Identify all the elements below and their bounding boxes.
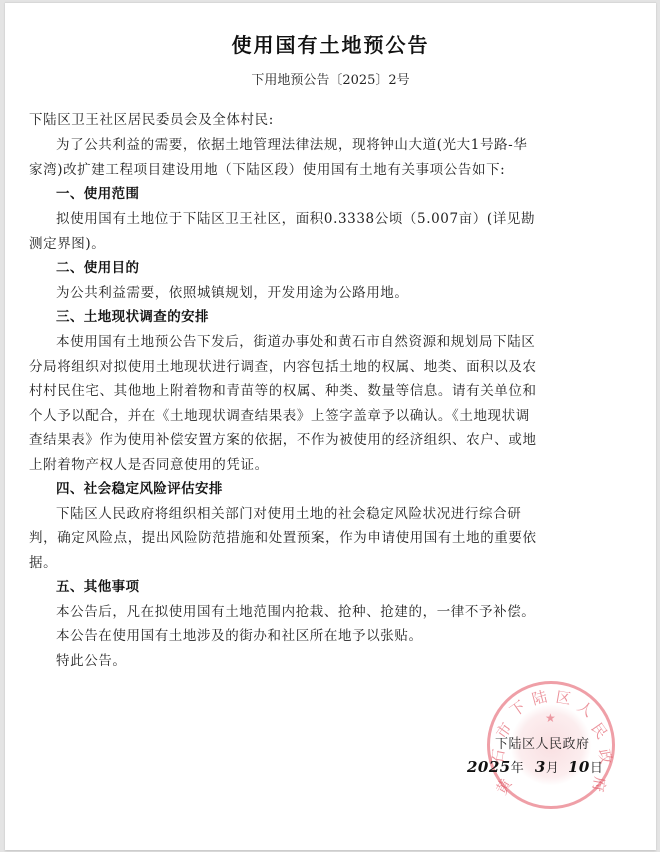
section-heading-other: 五、其他事项 <box>56 578 139 596</box>
body-line: 本使用国有土地预公告下发后，街道办事处和黄石市自然资源和规划局下陆区 <box>56 333 535 351</box>
body-line: 据。 <box>29 554 57 572</box>
body-line: 测定界图)。 <box>29 235 105 253</box>
date-year: 2025 <box>467 758 511 776</box>
signing-organization: 下陆区人民政府 <box>495 733 590 752</box>
date-month-suffix: 月 <box>546 761 560 776</box>
document-page: 使用国有土地预公告 下用地预公告〔2025〕2号 下陆区卫王社区居民委员会及全体… <box>5 2 656 850</box>
signing-date: 2025年 3月 10日 <box>467 757 603 776</box>
document-number: 下用地预公告〔2025〕2号 <box>5 69 656 88</box>
body-line: 村村民住宅、其他地上附着物和青苗等的权属、种类、数量等信息。请有关单位和 <box>29 382 537 400</box>
body-line: 为了公共利益的需要，依据土地管理法律法规，现将钟山大道(光大1号路-华 <box>56 136 527 154</box>
body-line: 个人予以配合，并在《土地现状调查结果表》上签字盖章予以确认。《土地现状调 <box>29 407 530 425</box>
body-line: 家湾)改扩建工程项目建设用地（下陆区段）使用国有土地有关事项公告如下: <box>29 161 505 179</box>
salutation: 下陆区卫王社区居民委员会及全体村民: <box>29 111 274 129</box>
section-heading-scope: 一、使用范围 <box>56 185 139 203</box>
document-title: 使用国有土地预公告 <box>5 29 656 58</box>
body-line: 判，确定风险点，提出风险防范措施和处置预案，作为申请使用国有土地的重要依 <box>29 529 537 547</box>
date-day-suffix: 日 <box>590 761 604 776</box>
body-line: 为公共利益需要，依照城镇规划，开发用途为公路用地。 <box>56 284 409 302</box>
seal-star-icon: ★ <box>545 711 556 725</box>
date-year-suffix: 年 <box>511 761 525 776</box>
body-line: 本公告在使用国有土地涉及的街办和社区所在地予以张贴。 <box>56 627 423 645</box>
date-month: 3 <box>535 758 546 776</box>
body-line: 本公告后，凡在拟使用国有土地范围内抢栽、抢种、抢建的，一律不予补偿。 <box>56 603 535 621</box>
seal-char: 区 <box>554 686 572 709</box>
body-line: 特此公告。 <box>56 652 127 670</box>
date-day: 10 <box>568 758 590 776</box>
seal-char: 黄 <box>491 775 517 799</box>
body-line: 上附着物产权人是否同意使用的凭证。 <box>29 456 269 474</box>
body-line: 下陆区人民政府将组织相关部门对使用土地的社会稳定风险状况进行综合研 <box>56 505 521 523</box>
seal-char: 府 <box>588 775 611 793</box>
seal-char: 陆 <box>530 685 550 709</box>
body-line: 查结果表》作为使用补偿安置方案的依据，不作为被使用的经济组织、农户、或地 <box>29 431 537 449</box>
section-heading-purpose: 二、使用目的 <box>56 259 139 277</box>
body-line: 拟使用国有土地位于下陆区卫王社区，面积0.3338公顷（5.007亩）(详见勘 <box>56 210 535 228</box>
body-line: 分局将组织对拟使用土地现状进行调查，内容包括土地的权属、地类、面积以及农 <box>29 358 537 376</box>
section-heading-survey: 三、土地现状调查的安排 <box>56 308 209 326</box>
section-heading-risk: 四、社会稳定风险评估安排 <box>56 480 223 498</box>
